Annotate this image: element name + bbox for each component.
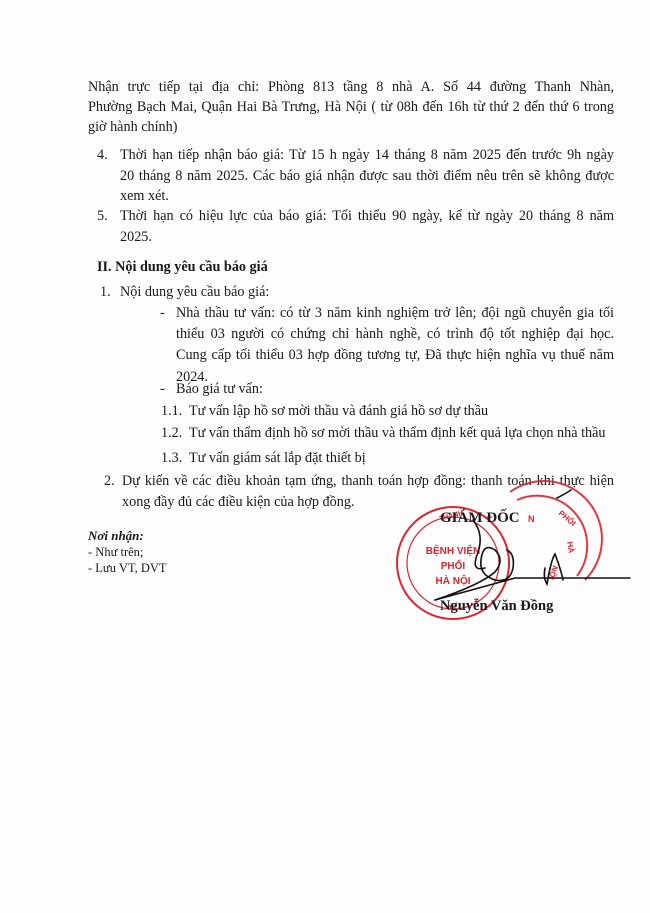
- signatory-title: GIÁM ĐỐC: [440, 510, 520, 527]
- s2-item2-line-2: xong đầy đủ các điều kiện của hợp đồng.: [122, 494, 354, 511]
- svg-text:PHỔI: PHỔI: [441, 559, 466, 572]
- item4-number: 4.: [97, 147, 108, 164]
- address-line-3: giờ hành chính): [88, 119, 177, 136]
- s2-item2-number: 2.: [104, 473, 115, 490]
- subitem-1-3-text: Tư vấn giám sát lắp đặt thiết bị: [189, 450, 366, 467]
- item4-line-1: Thời hạn tiếp nhận báo giá: Từ 15 h ngày…: [120, 147, 614, 164]
- s2-item1-label: Nội dung yêu cầu báo giá:: [120, 284, 269, 301]
- bullet2-dash: -: [160, 381, 165, 398]
- address-line-2: Phường Bạch Mai, Quận Hai Bà Trưng, Hà N…: [88, 99, 614, 116]
- bullet1-line-3: Cung cấp tối thiểu 03 hợp đồng tương tự,…: [176, 347, 614, 364]
- svg-text:HÀ NỘI: HÀ NỘI: [436, 574, 471, 587]
- address-line-1: Nhận trực tiếp tại địa chỉ: Phòng 813 tầ…: [88, 79, 614, 96]
- item4-line-3: xem xét.: [120, 188, 169, 205]
- section-ii-heading: II. Nội dung yêu cầu báo giá: [97, 259, 268, 276]
- recipient-item: - Lưu VT, DVT: [88, 560, 167, 577]
- recipients-heading: Nơi nhận:: [88, 527, 144, 544]
- recipient-item: - Như trên;: [88, 544, 143, 561]
- signatory-name: Nguyễn Văn Đồng: [440, 598, 553, 615]
- bullet1-dash: -: [160, 305, 165, 322]
- svg-text:BỆNH VIỆN: BỆNH VIỆN: [426, 544, 480, 557]
- item4-line-2: 20 tháng 8 năm 2025. Các báo giá nhận đư…: [120, 168, 614, 185]
- item5-number: 5.: [97, 208, 108, 225]
- item5-line-1: Thời hạn có hiệu lực của báo giá: Tối th…: [120, 208, 614, 225]
- subitem-1-1-text: Tư vấn lập hồ sơ mời thầu và đánh giá hồ…: [189, 403, 488, 420]
- bullet1-line-1: Nhà thầu tư vấn: có từ 3 năm kinh nghiệm…: [176, 305, 614, 322]
- svg-text:N: N: [528, 514, 535, 524]
- bullet1-line-2: thiểu 03 người có chứng chỉ hành nghề, c…: [176, 326, 614, 343]
- subitem-1-2-text: Tư vấn thẩm định hồ sơ mời thầu và thẩm …: [189, 425, 606, 442]
- bullet2-label: Báo giá tư vấn:: [176, 381, 263, 398]
- subitem-1-2-number: 1.2.: [161, 425, 182, 442]
- subitem-1-3-number: 1.3.: [161, 450, 182, 467]
- svg-text:HÀ: HÀ: [565, 541, 576, 554]
- item5-line-2: 2025.: [120, 229, 152, 246]
- s2-item1-number: 1.: [100, 284, 111, 301]
- subitem-1-1-number: 1.1.: [161, 403, 182, 420]
